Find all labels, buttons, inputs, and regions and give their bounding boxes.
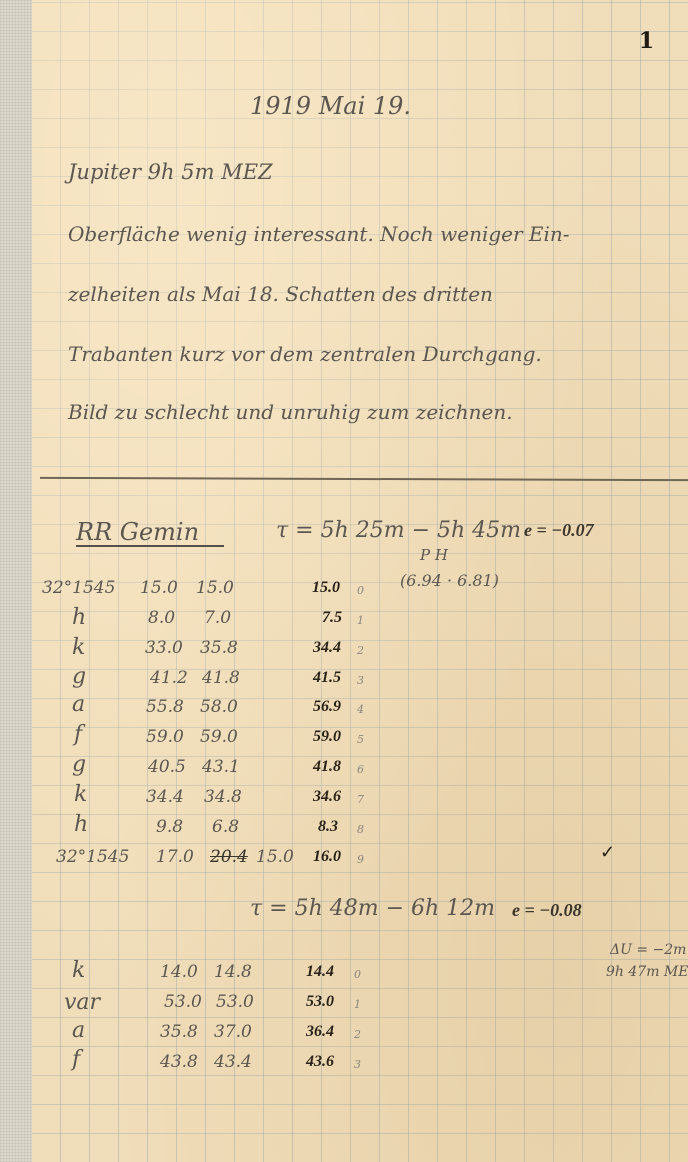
- jupiter-note-line: zelheiten als Mai 18. Schatten des dritt…: [68, 282, 493, 306]
- row-index: 3: [357, 674, 364, 687]
- jupiter-note-line: Oberfläche wenig interessant. Noch wenig…: [68, 222, 570, 246]
- row-index: 3: [354, 1058, 361, 1071]
- notebook-binding: [0, 0, 33, 1162]
- reading-1: 14.0: [160, 962, 198, 982]
- mean-value: 16.0: [313, 848, 341, 866]
- reading-1: 34.4: [146, 787, 184, 807]
- reading-2: 7.0: [204, 608, 231, 628]
- row-index: 4: [357, 703, 364, 716]
- jupiter-note-line: Trabanten kurz vor dem zentralen Durchga…: [68, 342, 542, 366]
- row-index: 1: [354, 998, 361, 1011]
- row-label: k: [72, 635, 85, 660]
- row-label: 32°1545: [42, 578, 115, 598]
- reading-1: 55.8: [146, 697, 184, 717]
- reading-2: 58.0: [200, 697, 238, 717]
- reading-1: 43.8: [160, 1052, 198, 1072]
- reading-2: 37.0: [214, 1022, 252, 1042]
- mean-value: 34.4: [313, 639, 341, 657]
- row-label: k: [74, 782, 87, 807]
- page-number: 1: [639, 28, 654, 54]
- row-index: 0: [357, 584, 364, 597]
- jupiter-note-line: Bild zu schlecht und unruhig zum zeichne…: [68, 400, 513, 424]
- row-label: g: [72, 752, 86, 777]
- mean-value: 14.4: [306, 963, 334, 981]
- reading-2: 15.0: [256, 847, 294, 867]
- entry-date: 1919 Mai 19.: [250, 92, 411, 120]
- jupiter-heading: Jupiter 9h 5m MEZ: [68, 160, 273, 184]
- row-label: h: [74, 812, 88, 837]
- row-label: var: [64, 990, 100, 1015]
- observation1-time-range: τ = 5h 25m − 5h 45m: [276, 518, 521, 543]
- reading-2: 14.8: [214, 962, 252, 982]
- reading-1: 53.0: [164, 992, 202, 1012]
- mean-value: 7.5: [322, 609, 342, 627]
- reading-2: 15.0: [196, 578, 234, 598]
- row-label: f: [74, 722, 82, 747]
- clock-correction: ΔU = −2m: [610, 942, 686, 958]
- mean-value: 41.8: [313, 758, 341, 776]
- row-index: 9: [357, 853, 364, 866]
- reading-1: 40.5: [148, 757, 186, 777]
- ph-values: (6.94 · 6.81): [400, 571, 499, 590]
- reading-2: 41.8: [202, 668, 240, 688]
- row-index: 2: [354, 1028, 361, 1041]
- mean-value: 56.9: [313, 698, 341, 716]
- observation1-e-value: e = −0.07: [524, 520, 594, 541]
- row-index: 7: [357, 793, 364, 806]
- reading-1: 41.2: [150, 668, 188, 688]
- row-label: h: [72, 605, 86, 630]
- reading-1: 8.0: [148, 608, 175, 628]
- check-mark-icon: ✓: [600, 842, 615, 863]
- reading-2: 43.4: [214, 1052, 252, 1072]
- row-label: a: [72, 1018, 85, 1043]
- reading-2: 34.8: [204, 787, 242, 807]
- row-label: g: [72, 664, 86, 689]
- row-index: 8: [357, 823, 364, 836]
- ph-header: P H: [420, 546, 448, 564]
- reading-1: 33.0: [145, 638, 183, 658]
- row-index: 5: [357, 733, 364, 746]
- reading-2: 59.0: [200, 727, 238, 747]
- row-index: 1: [357, 614, 364, 627]
- mean-value: 36.4: [306, 1023, 334, 1041]
- reading-1: 15.0: [140, 578, 178, 598]
- row-label: 32°1545: [56, 847, 129, 867]
- reading-1: 9.8: [156, 817, 183, 837]
- reading-2: 43.1: [202, 757, 240, 777]
- star-name-underline: [76, 545, 224, 547]
- row-label: f: [72, 1047, 80, 1072]
- row-index: 0: [354, 968, 361, 981]
- reading-1: 35.8: [160, 1022, 198, 1042]
- mean-value: 8.3: [318, 818, 338, 836]
- mean-value: 34.6: [313, 788, 341, 806]
- mean-value: 59.0: [313, 728, 341, 746]
- row-index: 6: [357, 763, 364, 776]
- reading-1: 59.0: [146, 727, 184, 747]
- row-label: k: [72, 958, 85, 983]
- observation2-e-value: e = −0.08: [512, 900, 582, 921]
- row-label: a: [72, 692, 85, 717]
- reading-1: 17.0: [156, 847, 194, 867]
- star-name: RR Gemin: [76, 518, 199, 546]
- observation2-time-range: τ = 5h 48m − 6h 12m: [250, 896, 495, 921]
- mean-value: 53.0: [306, 993, 334, 1011]
- row-index: 2: [357, 644, 364, 657]
- reading-2: 35.8: [200, 638, 238, 658]
- reading-2: 6.8: [212, 817, 239, 837]
- mean-value: 41.5: [313, 669, 341, 687]
- clock-time: 9h 47m MEZ: [606, 964, 688, 980]
- struck-reading: 20.4: [210, 847, 248, 867]
- mean-value: 15.0: [312, 579, 340, 597]
- mean-value: 43.6: [306, 1053, 334, 1071]
- reading-2: 53.0: [216, 992, 254, 1012]
